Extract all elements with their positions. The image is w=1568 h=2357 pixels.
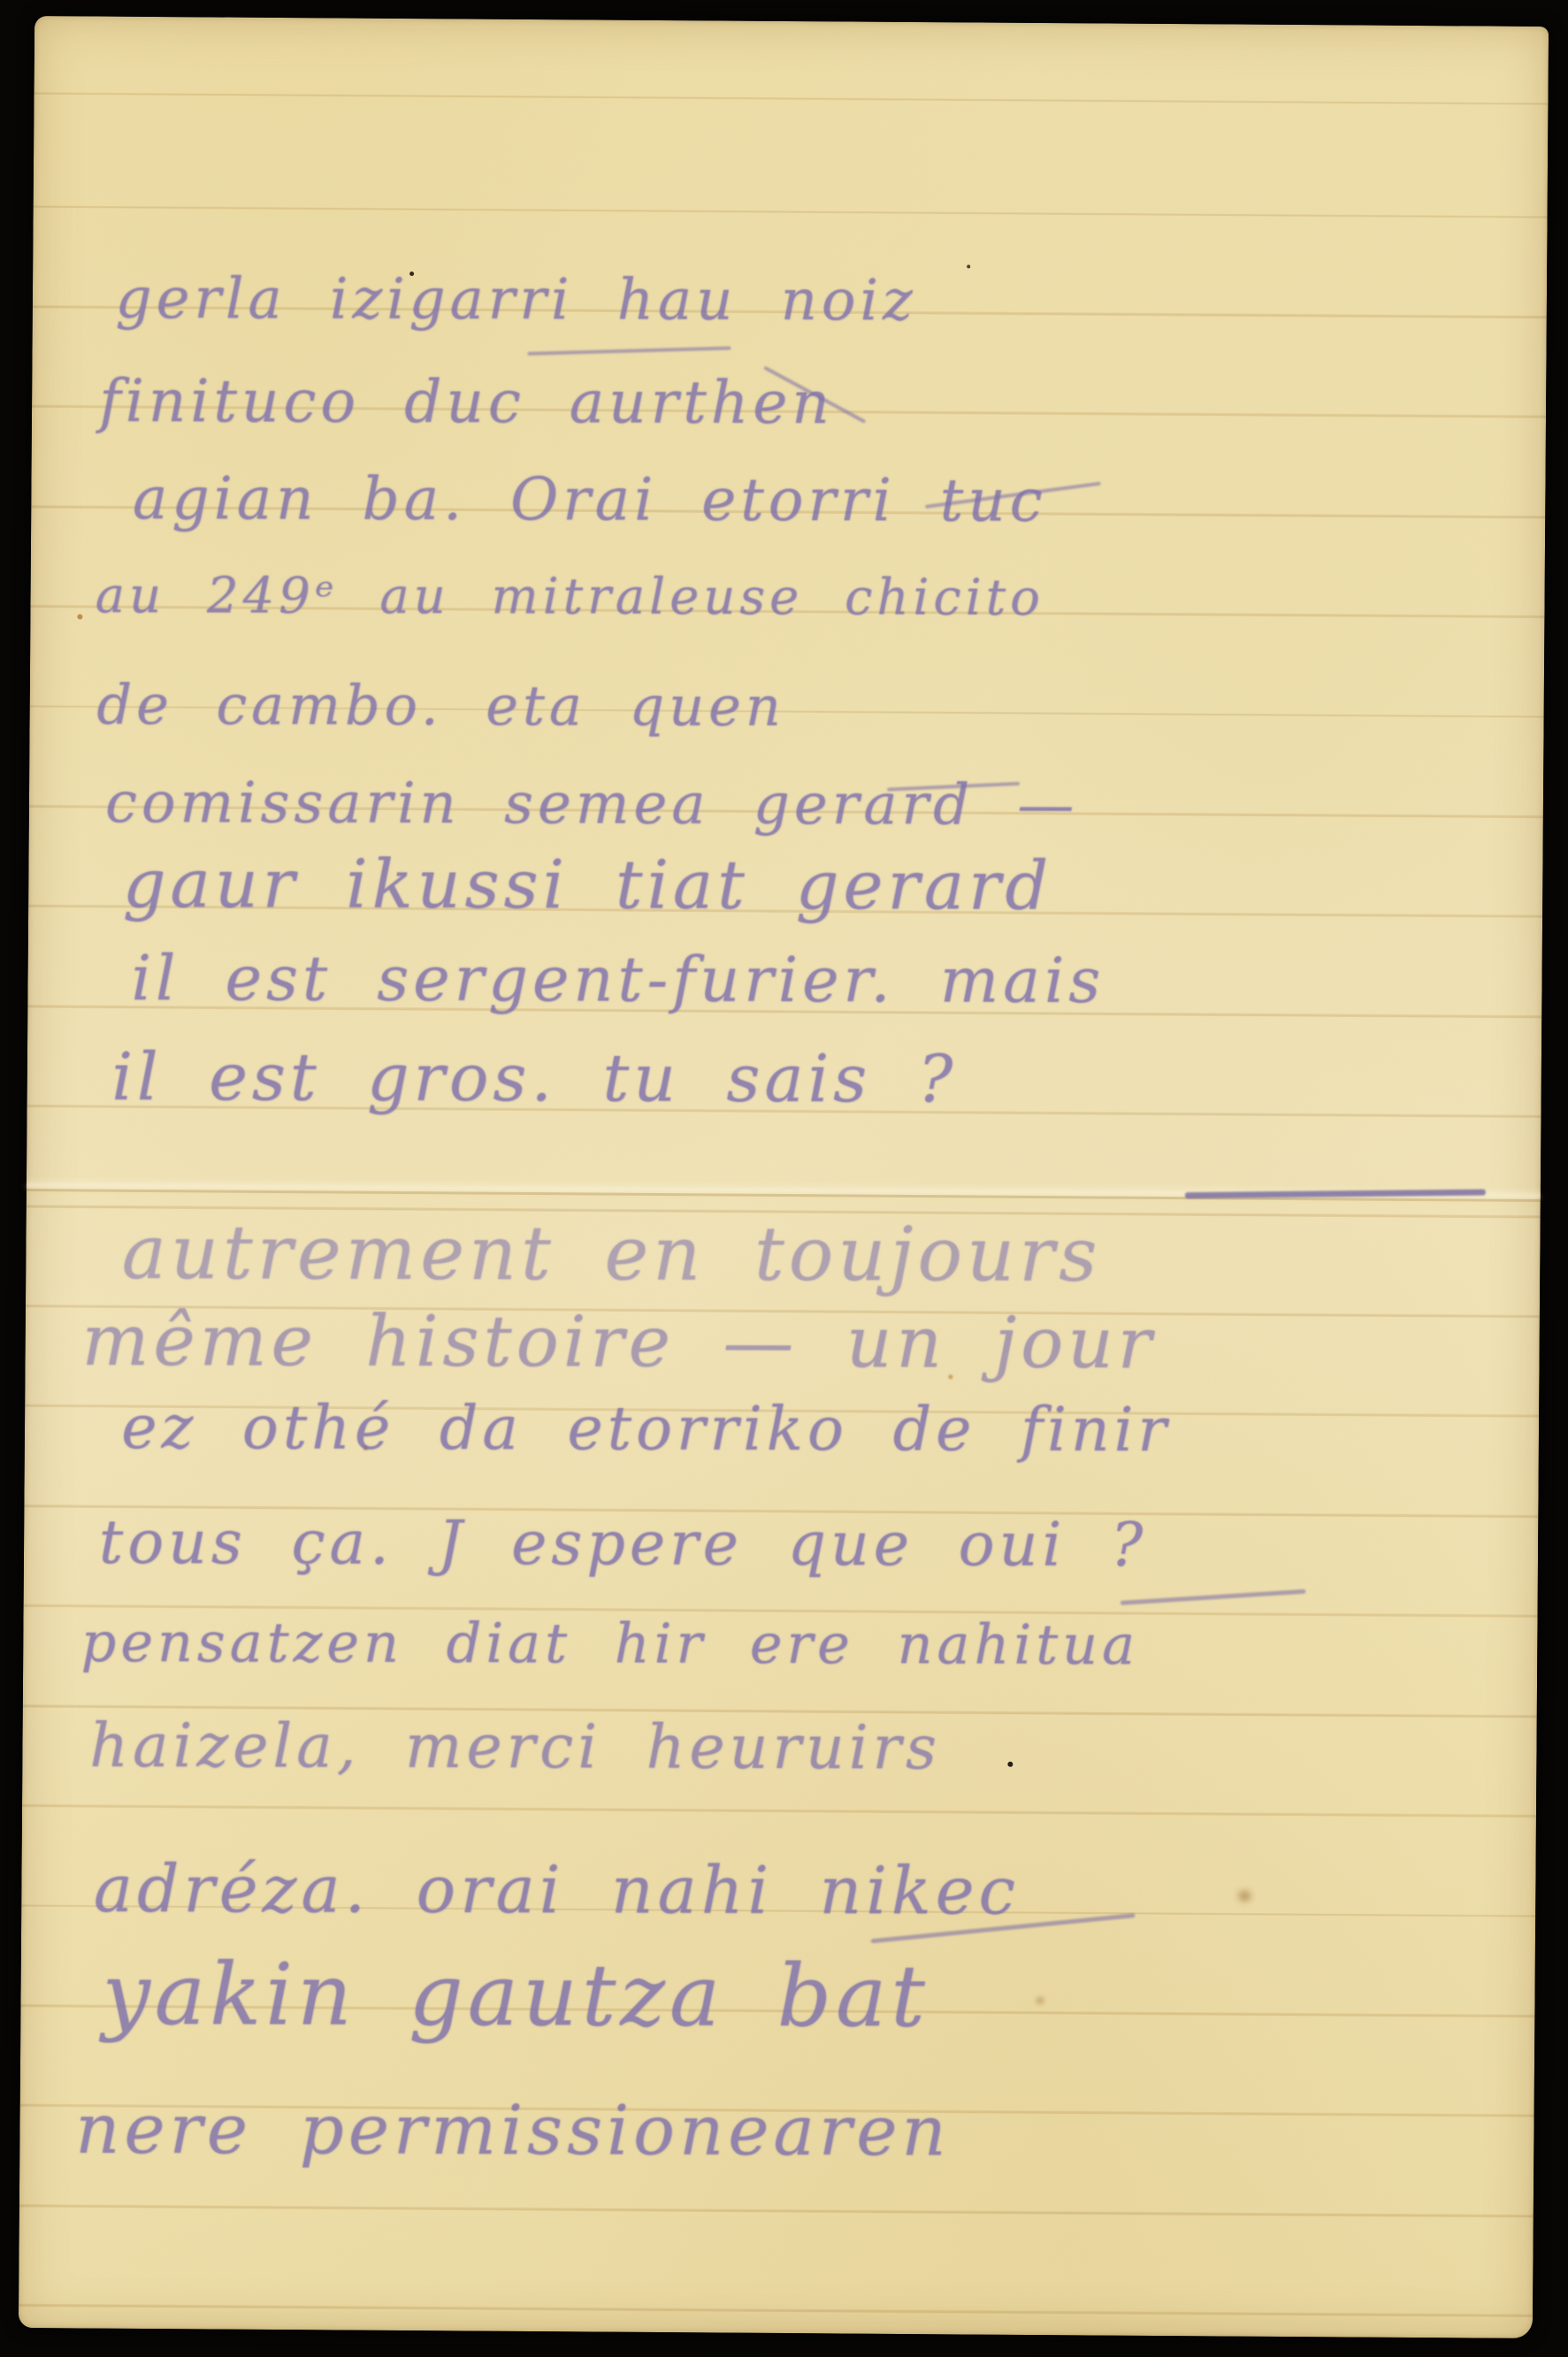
handwriting-line: il est gros. tu sais ? [111,1045,957,1113]
handwriting-line: finituco duc aurthen [99,372,834,432]
handwriting-line: nere permissionearen [75,2095,951,2167]
handwriting-line: tous ça. J espere que oui ? [99,1513,1147,1576]
handwriting-line: ez othé da etorriko de finir [121,1398,1171,1461]
handwriting-line: adréza. orai nahi nikec [94,1856,1020,1925]
handwriting-line: même histoire — un jour [81,1305,1156,1379]
handwriting-line: comissarin semea gerard — [105,775,1078,834]
handwriting-line: gerla izigarri hau noiz [116,271,917,329]
handwriting-line: pensatzen diat hir ere nahitua [81,1615,1140,1672]
scan-background: gerla izigarri hau noiz finituco duc aur… [0,0,1568,2357]
handwriting-line: gaur ikussi tiat gerard [123,850,1052,920]
handwriting-line: yakin gautza bat [102,1952,929,2039]
handwritten-text: gerla izigarri hau noiz finituco duc aur… [24,19,1544,2335]
handwriting-line: au 249ᵉ au mitraleuse chicito [96,571,1044,624]
handwriting-line: haizela, merci heuruirs [89,1717,941,1779]
handwriting-line: agian ba. Orai etorri tuc [133,470,1047,531]
handwriting-line: il est sergent-furier. mais [131,947,1105,1012]
handwriting-line: autrement en toujours [122,1215,1102,1292]
handwriting-line: de cambo. eta quen [96,677,785,734]
letter-paper: gerla izigarri hau noiz finituco duc aur… [19,16,1549,2338]
